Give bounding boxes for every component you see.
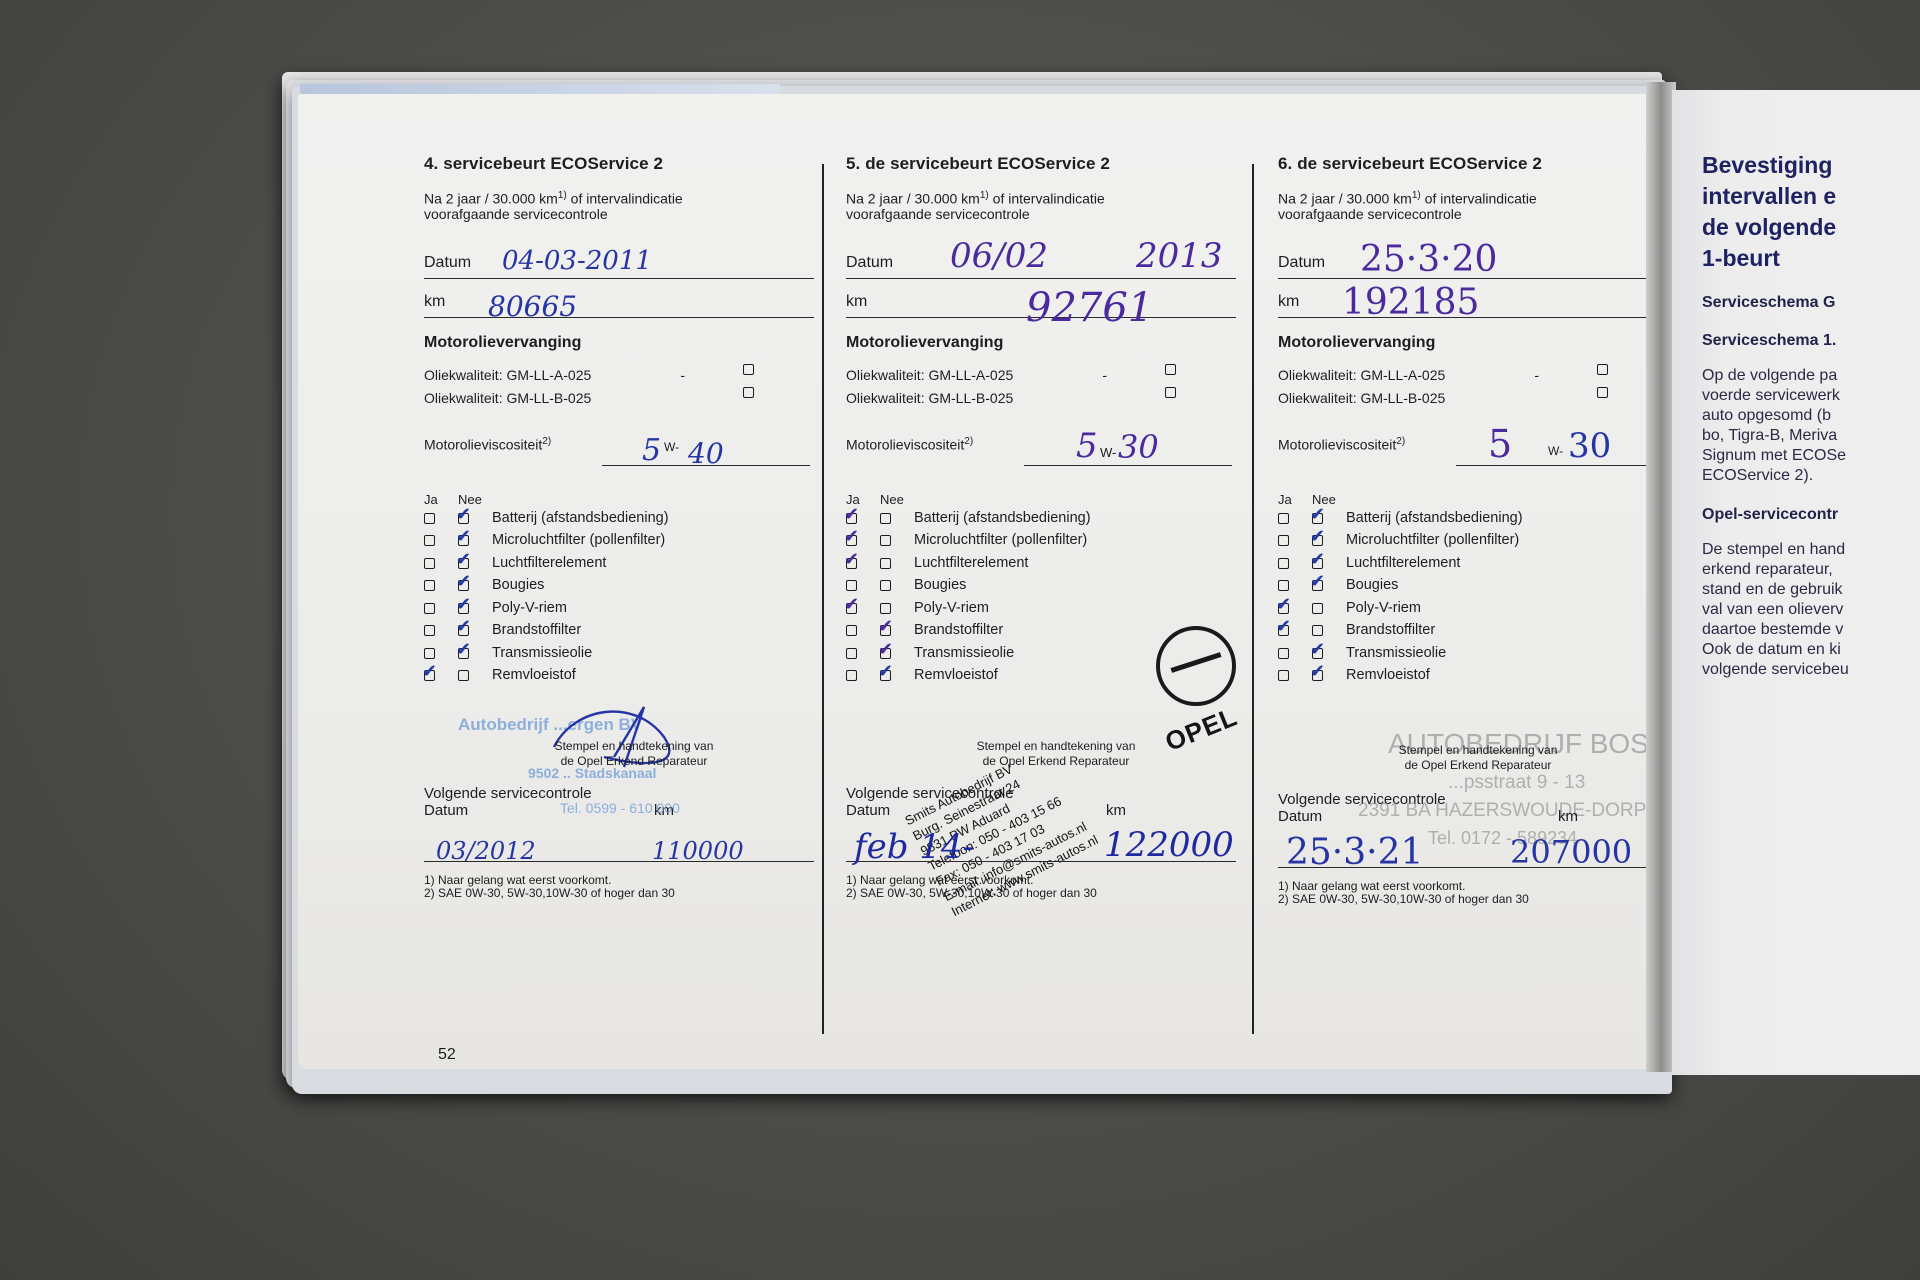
checkmark-icon: ✔ xyxy=(844,549,859,570)
check-row: ✔Luchtfilterelement xyxy=(846,552,1236,575)
viscosity-w: W- xyxy=(1100,445,1116,460)
viscosity-label: Motorolieviscositeit xyxy=(1278,436,1396,452)
next-km-value: 207000 xyxy=(1510,833,1632,871)
checkmark-icon: ✔ xyxy=(1310,526,1325,547)
viscosity-w: W- xyxy=(1548,444,1563,458)
checkmark-icon: ✔ xyxy=(844,504,859,525)
para-line: voerde servicewerk xyxy=(1702,387,1840,404)
check-row: ✔Poly-V-riem xyxy=(846,597,1236,620)
para-line: ECOService 2). xyxy=(1702,467,1813,484)
service-column-4: 4. servicebeurt ECOService 2 Na 2 jaar /… xyxy=(424,154,814,1044)
check-label: Batterij (afstandsbediening) xyxy=(1346,510,1523,526)
check-row: ✔Remvloeistof xyxy=(1278,664,1668,687)
check-label: Transmissieolie xyxy=(492,645,592,661)
datum-field[interactable]: Datum 06/02 2013 xyxy=(846,240,1236,279)
intro-text: voorafgaande servicecontrole xyxy=(1278,206,1462,222)
para-line: bo, Tigra-B, Meriva xyxy=(1702,427,1837,444)
dealer-stamp-phone: Tel. 0599 - 610 000 xyxy=(560,800,680,816)
oil-quality-b-row: Oliekwaliteit: GM-LL-B-025 xyxy=(424,387,754,410)
checklist-header: JaNee xyxy=(1278,492,1668,507)
ja-checkbox[interactable] xyxy=(1278,513,1289,524)
check-label: Remvloeistof xyxy=(914,667,998,683)
stamp-caption-2: de Opel Erkend Reparateur xyxy=(561,754,708,768)
oil-change-heading: Motorolievervanging xyxy=(846,334,1236,352)
left-page: 4. servicebeurt ECOService 2 Na 2 jaar /… xyxy=(298,94,1662,1069)
para-line: Op de volgende pa xyxy=(1702,367,1837,384)
next-service-labels: Datumkm xyxy=(1278,808,1598,825)
check-row: ✔Poly-V-riem xyxy=(1278,597,1668,620)
checkmark-icon: ✔ xyxy=(878,639,893,660)
km-label: km xyxy=(424,293,445,311)
subheading-opel-servicecontrole: Opel-servicecontr xyxy=(1702,506,1920,524)
para-line: stand en de gebruik xyxy=(1702,581,1843,598)
footnote-ref: 1) xyxy=(1412,190,1421,201)
check-row: ✔Batterij (afstandsbediening) xyxy=(424,507,814,530)
para-line: val van een olieverv xyxy=(1702,601,1843,618)
km-label: km xyxy=(1278,293,1299,311)
intro-text: Na 2 jaar / 30.000 km xyxy=(424,191,558,207)
oil-quality-a: Oliekwaliteit: GM-LL-A-025 xyxy=(846,364,1013,387)
footnote-1: 1) Naar gelang wat eerst voorkomt. xyxy=(1278,879,1465,893)
checkmark-icon: ✔ xyxy=(1310,661,1325,682)
nee-label: Nee xyxy=(880,492,914,507)
check-row: ✔Remvloeistof xyxy=(424,664,814,687)
footnote-2: 2) SAE 0W-30, 5W-30,10W-30 of hoger dan … xyxy=(424,886,675,900)
oil-quality-a-checkbox[interactable] xyxy=(1165,364,1176,375)
km-value: 192185 xyxy=(1342,282,1479,323)
next-km-value: 110000 xyxy=(652,837,744,865)
heading-line: Bevestiging xyxy=(1702,152,1832,178)
oil-quality-b-checkbox[interactable] xyxy=(1165,387,1176,398)
ja-checkbox[interactable] xyxy=(846,625,857,636)
ja-checkbox[interactable] xyxy=(424,648,435,659)
viscosity-w: W- xyxy=(664,440,679,454)
check-row: ✔Bougies xyxy=(424,574,814,597)
check-label: Transmissieolie xyxy=(1346,645,1446,661)
checkmark-icon: ✔ xyxy=(456,571,471,592)
checkmark-icon: ✔ xyxy=(844,526,859,547)
dash: - xyxy=(680,364,685,387)
footnote-ref: 2) xyxy=(964,436,973,447)
nee-checkbox[interactable] xyxy=(880,580,891,591)
check-label: Luchtfilterelement xyxy=(492,555,606,571)
stamp-caption-2: de Opel Erkend Reparateur xyxy=(1405,758,1552,772)
next-service-labels: DatumkmTel. 0599 - 610 000 xyxy=(424,802,744,819)
check-label: Batterij (afstandsbediening) xyxy=(492,510,669,526)
para-line: Ook de datum en ki xyxy=(1702,641,1841,658)
check-label: Luchtfilterelement xyxy=(1346,555,1460,571)
oil-quality-b: Oliekwaliteit: GM-LL-B-025 xyxy=(846,387,1013,410)
check-row: ✔Brandstoffilter xyxy=(424,619,814,642)
check-row: Bougies xyxy=(846,574,1236,597)
viscosity-value-1: 5 xyxy=(1488,422,1512,466)
checkmark-icon: ✔ xyxy=(1310,571,1325,592)
check-label: Microluchtfilter (pollenfilter) xyxy=(1346,532,1519,548)
oil-quality-a-row: Oliekwaliteit: GM-LL-A-025- xyxy=(1278,364,1608,387)
service-interval-text: Na 2 jaar / 30.000 km1) of intervalindic… xyxy=(846,188,1236,222)
stamp-area: Stempel en handtekening vande Opel Erken… xyxy=(846,687,1236,779)
check-row: ✔Microluchtfilter (pollenfilter) xyxy=(1278,529,1668,552)
intro-text: of intervalindicatie xyxy=(567,191,683,207)
stamp-caption-1: Stempel en handtekening van xyxy=(555,739,714,753)
oil-change-heading: Motorolievervanging xyxy=(424,334,814,352)
datum-label: Datum xyxy=(846,254,893,272)
footnote-ref: 2) xyxy=(1396,436,1405,447)
next-service-field[interactable]: feb 14- 122000 xyxy=(846,823,1236,862)
para-line: erkend reparateur, xyxy=(1702,561,1833,578)
checkmark-icon: ✔ xyxy=(456,549,471,570)
checkmark-icon: ✔ xyxy=(844,594,859,615)
checklist-header: JaNee xyxy=(424,492,814,507)
next-service-labels: Datumkm xyxy=(846,802,1166,819)
km-field[interactable]: km 192185 xyxy=(1278,279,1668,318)
para-line: volgende servicebeu xyxy=(1702,661,1849,678)
nee-checkbox[interactable] xyxy=(880,558,891,569)
intro-text: voorafgaande servicecontrole xyxy=(424,206,608,222)
footnotes: 1) Naar gelang wat eerst voorkomt.2) SAE… xyxy=(846,874,1236,900)
dash: - xyxy=(1102,364,1107,387)
viscosity-label: Motorolieviscositeit xyxy=(846,436,964,452)
checkmark-icon: ✔ xyxy=(1276,594,1291,615)
stamp-caption: Stempel en handtekening vande Opel Erken… xyxy=(504,739,764,769)
nee-checkbox[interactable] xyxy=(1312,603,1323,614)
datum-label: Datum xyxy=(424,254,471,272)
check-label: Brandstoffilter xyxy=(492,622,581,638)
right-page-content: Bevestiging intervallen e de volgende 1-… xyxy=(1702,150,1920,680)
check-label: Bougies xyxy=(914,577,966,593)
paragraph-1: Op de volgende pa voerde servicewerk aut… xyxy=(1702,366,1920,486)
check-label: Poly-V-riem xyxy=(914,600,989,616)
check-label: Microluchtfilter (pollenfilter) xyxy=(914,532,1087,548)
datum-value: 25·3·20 xyxy=(1360,239,1497,280)
ja-checkbox[interactable] xyxy=(424,580,435,591)
viscosity-label: Motorolieviscositeit xyxy=(424,436,542,452)
service-column-6: 6. de servicebeurt ECOService 2 Na 2 jaa… xyxy=(1278,154,1668,1044)
stamp-caption-1: Stempel en handtekening van xyxy=(977,739,1136,753)
ja-label: Ja xyxy=(424,492,458,507)
checkmark-icon: ✔ xyxy=(1310,639,1325,660)
oil-quality-b-checkbox[interactable] xyxy=(743,387,754,398)
next-datum-label: Datum xyxy=(424,802,468,819)
check-row: ✔Luchtfilterelement xyxy=(424,552,814,575)
oil-quality-b: Oliekwaliteit: GM-LL-B-025 xyxy=(1278,387,1445,410)
next-km-label: km xyxy=(1106,802,1126,819)
viscosity-field[interactable]: Motorolieviscositeit2) 5 W- 40 xyxy=(424,436,814,466)
check-label: Microluchtfilter (pollenfilter) xyxy=(492,532,665,548)
check-label: Brandstoffilter xyxy=(914,622,1003,638)
intro-text: Na 2 jaar / 30.000 km xyxy=(846,191,980,207)
checkmark-icon: ✔ xyxy=(456,639,471,660)
ja-checkbox[interactable] xyxy=(424,535,435,546)
nee-checkbox[interactable] xyxy=(880,603,891,614)
footnote-ref: 2) xyxy=(542,436,551,447)
service-title: 5. de servicebeurt ECOService 2 xyxy=(846,154,1236,174)
oil-quality-a-checkbox[interactable] xyxy=(743,364,754,375)
ja-checkbox[interactable] xyxy=(424,625,435,636)
km-value: 80665 xyxy=(488,290,577,323)
intro-text: of intervalindicatie xyxy=(1421,191,1537,207)
heading-line: 1-beurt xyxy=(1702,245,1780,271)
checkmark-icon: ✔ xyxy=(1310,549,1325,570)
check-label: Remvloeistof xyxy=(1346,667,1430,683)
next-datum-label: Datum xyxy=(846,802,890,819)
oil-quality-a: Oliekwaliteit: GM-LL-A-025 xyxy=(1278,364,1445,387)
check-row: ✔Brandstoffilter xyxy=(1278,619,1668,642)
ja-checkbox[interactable] xyxy=(1278,648,1289,659)
next-km-label: km xyxy=(1558,808,1578,825)
service-booklet: 4. servicebeurt ECOService 2 Na 2 jaar /… xyxy=(282,72,1920,1080)
heading-line: de volgende xyxy=(1702,214,1836,240)
check-label: Remvloeistof xyxy=(492,667,576,683)
check-label: Bougies xyxy=(492,577,544,593)
oil-quality-b-row: Oliekwaliteit: GM-LL-B-025 xyxy=(1278,387,1608,410)
viscosity-value-2: 30 xyxy=(1118,428,1159,466)
service-column-5: 5. de servicebeurt ECOService 2 Na 2 jaa… xyxy=(846,154,1236,1044)
oil-quality-a-row: Oliekwaliteit: GM-LL-A-025- xyxy=(846,364,1176,387)
stamp-caption-2: de Opel Erkend Reparateur xyxy=(983,754,1130,768)
dash: - xyxy=(1534,364,1539,387)
service-title: 6. de servicebeurt ECOService 2 xyxy=(1278,154,1668,174)
km-value: 92761 xyxy=(1026,285,1153,331)
datum-value: 06/02 xyxy=(950,236,1048,276)
oil-change-heading: Motorolievervanging xyxy=(1278,334,1668,352)
ja-checkbox[interactable] xyxy=(846,670,857,681)
check-label: Transmissieolie xyxy=(914,645,1014,661)
check-row: ✔Batterij (afstandsbediening) xyxy=(846,507,1236,530)
stamp-caption: Stempel en handtekening vande Opel Erken… xyxy=(926,739,1186,769)
footnotes: 1) Naar gelang wat eerst voorkomt.2) SAE… xyxy=(1278,880,1668,906)
checkmark-icon: ✔ xyxy=(878,616,893,637)
intro-text: Na 2 jaar / 30.000 km xyxy=(1278,191,1412,207)
km-label: km xyxy=(846,293,867,311)
footnote-ref: 1) xyxy=(980,190,989,201)
right-page-heading: Bevestiging intervallen e de volgende 1-… xyxy=(1702,150,1920,274)
oil-quality-a-row: Oliekwaliteit: GM-LL-A-025- xyxy=(424,364,754,387)
nee-checkbox[interactable] xyxy=(880,535,891,546)
viscosity-field[interactable]: Motorolieviscositeit2) 5 W- 30 xyxy=(846,436,1236,466)
datum-label: Datum xyxy=(1278,254,1325,272)
subheading-serviceschema-1: Serviceschema 1. xyxy=(1702,332,1920,350)
ja-checkbox[interactable] xyxy=(846,648,857,659)
next-datum-value: 25·3·21 xyxy=(1286,832,1423,873)
datum-year-value: 2013 xyxy=(1136,236,1223,276)
checkmark-icon: ✔ xyxy=(1276,616,1291,637)
nee-checkbox[interactable] xyxy=(1312,625,1323,636)
check-label: Bougies xyxy=(1346,577,1398,593)
check-row: ✔Bougies xyxy=(1278,574,1668,597)
heading-line: intervallen e xyxy=(1702,183,1836,209)
viscosity-value-2: 30 xyxy=(1568,426,1611,466)
intro-text: voorafgaande servicecontrole xyxy=(846,206,1030,222)
stamp-caption-1: Stempel en handtekening van xyxy=(1399,743,1558,757)
column-divider xyxy=(822,164,824,1034)
viscosity-value-1: 5 xyxy=(642,433,661,468)
viscosity-value-1: 5 xyxy=(1076,426,1098,466)
checkmark-icon: ✔ xyxy=(422,661,437,682)
check-label: Luchtfilterelement xyxy=(914,555,1028,571)
next-datum-value: 03/2012 xyxy=(436,837,536,865)
oil-quality-a-checkbox[interactable] xyxy=(1597,364,1608,375)
checklist: ✔Batterij (afstandsbediening) ✔Microluch… xyxy=(1278,507,1668,687)
checkmark-icon: ✔ xyxy=(456,504,471,525)
next-datum-value: feb 14- xyxy=(854,827,974,867)
oil-quality-a: Oliekwaliteit: GM-LL-A-025 xyxy=(424,364,591,387)
km-field[interactable]: km 80665 xyxy=(424,279,814,318)
ja-checkbox[interactable] xyxy=(424,603,435,614)
para-line: daartoe bestemde v xyxy=(1702,621,1843,638)
checkmark-icon: ✔ xyxy=(456,594,471,615)
checkmark-icon: ✔ xyxy=(456,526,471,547)
next-km-value: 122000 xyxy=(1104,825,1234,865)
next-service-field[interactable]: 03/2012 110000 xyxy=(424,823,814,862)
check-row: ✔Microluchtfilter (pollenfilter) xyxy=(424,529,814,552)
km-field[interactable]: km 92761 xyxy=(846,279,1236,318)
ja-checkbox[interactable] xyxy=(1278,558,1289,569)
checklist: ✔Batterij (afstandsbediening) ✔Microluch… xyxy=(424,507,814,687)
ja-checkbox[interactable] xyxy=(846,580,857,591)
check-row: ✔Poly-V-riem xyxy=(424,597,814,620)
footnote-1: 1) Naar gelang wat eerst voorkomt. xyxy=(424,873,611,887)
intro-text: of intervalindicatie xyxy=(989,191,1105,207)
oil-quality-b: Oliekwaliteit: GM-LL-B-025 xyxy=(424,387,591,410)
viscosity-value-2: 40 xyxy=(688,437,724,470)
check-label: Poly-V-riem xyxy=(492,600,567,616)
para-line: Signum met ECOSe xyxy=(1702,447,1846,464)
checkmark-icon: ✔ xyxy=(456,616,471,637)
next-service-field[interactable]: 25·3·21 207000 xyxy=(1278,829,1668,868)
ja-checkbox[interactable] xyxy=(424,513,435,524)
nee-checkbox[interactable] xyxy=(458,670,469,681)
viscosity-field[interactable]: Motorolieviscositeit2) 5 W- 30 xyxy=(1278,436,1668,466)
right-page: Bevestiging intervallen e de volgende 1-… xyxy=(1672,90,1920,1075)
footnotes: 1) Naar gelang wat eerst voorkomt.2) SAE… xyxy=(424,874,814,900)
datum-value: 04-03-2011 xyxy=(502,246,652,276)
check-row: ✔Transmissieolie xyxy=(424,642,814,665)
check-row: ✔Batterij (afstandsbediening) xyxy=(1278,507,1668,530)
check-label: Batterij (afstandsbediening) xyxy=(914,510,1091,526)
oil-quality-b-checkbox[interactable] xyxy=(1597,387,1608,398)
stamp-area: Autobedrijf ...ergen BV 9502 .. Stadskan… xyxy=(424,687,814,779)
service-interval-text: Na 2 jaar / 30.000 km1) of intervalindic… xyxy=(1278,188,1668,222)
stamp-area: Stempel en handtekening vande Opel Erken… xyxy=(1278,687,1668,779)
datum-field[interactable]: Datum 25·3·20 xyxy=(1278,240,1668,279)
check-label: Brandstoffilter xyxy=(1346,622,1435,638)
next-datum-label: Datum xyxy=(1278,808,1322,825)
column-divider xyxy=(1252,164,1254,1034)
para-line: De stempel en hand xyxy=(1702,541,1845,558)
ja-checkbox[interactable] xyxy=(1278,670,1289,681)
paragraph-2: De stempel en hand erkend reparateur, st… xyxy=(1702,540,1920,680)
checklist-header: JaNee xyxy=(846,492,1236,507)
stamp-caption: Stempel en handtekening vande Opel Erken… xyxy=(1348,743,1608,773)
datum-field[interactable]: Datum 04-03-2011 xyxy=(424,240,814,279)
footnote-ref: 1) xyxy=(558,190,567,201)
footnote-2: 2) SAE 0W-30, 5W-30,10W-30 of hoger dan … xyxy=(1278,892,1529,906)
check-label: Poly-V-riem xyxy=(1346,600,1421,616)
checkmark-icon: ✔ xyxy=(878,661,893,682)
check-row: ✔Microluchtfilter (pollenfilter) xyxy=(846,529,1236,552)
para-line: auto opgesomd (b xyxy=(1702,407,1831,424)
ja-label: Ja xyxy=(1278,492,1312,507)
page-number: 52 xyxy=(438,1046,456,1064)
nee-checkbox[interactable] xyxy=(880,513,891,524)
ja-checkbox[interactable] xyxy=(424,558,435,569)
oil-quality-b-row: Oliekwaliteit: GM-LL-B-025 xyxy=(846,387,1176,410)
subheading-serviceschema-g: Serviceschema G xyxy=(1702,294,1920,312)
ja-checkbox[interactable] xyxy=(1278,580,1289,591)
check-row: ✔Transmissieolie xyxy=(1278,642,1668,665)
checkmark-icon: ✔ xyxy=(1310,504,1325,525)
service-title: 4. servicebeurt ECOService 2 xyxy=(424,154,814,174)
ja-checkbox[interactable] xyxy=(1278,535,1289,546)
service-interval-text: Na 2 jaar / 30.000 km1) of intervalindic… xyxy=(424,188,814,222)
check-row: ✔Luchtfilterelement xyxy=(1278,552,1668,575)
